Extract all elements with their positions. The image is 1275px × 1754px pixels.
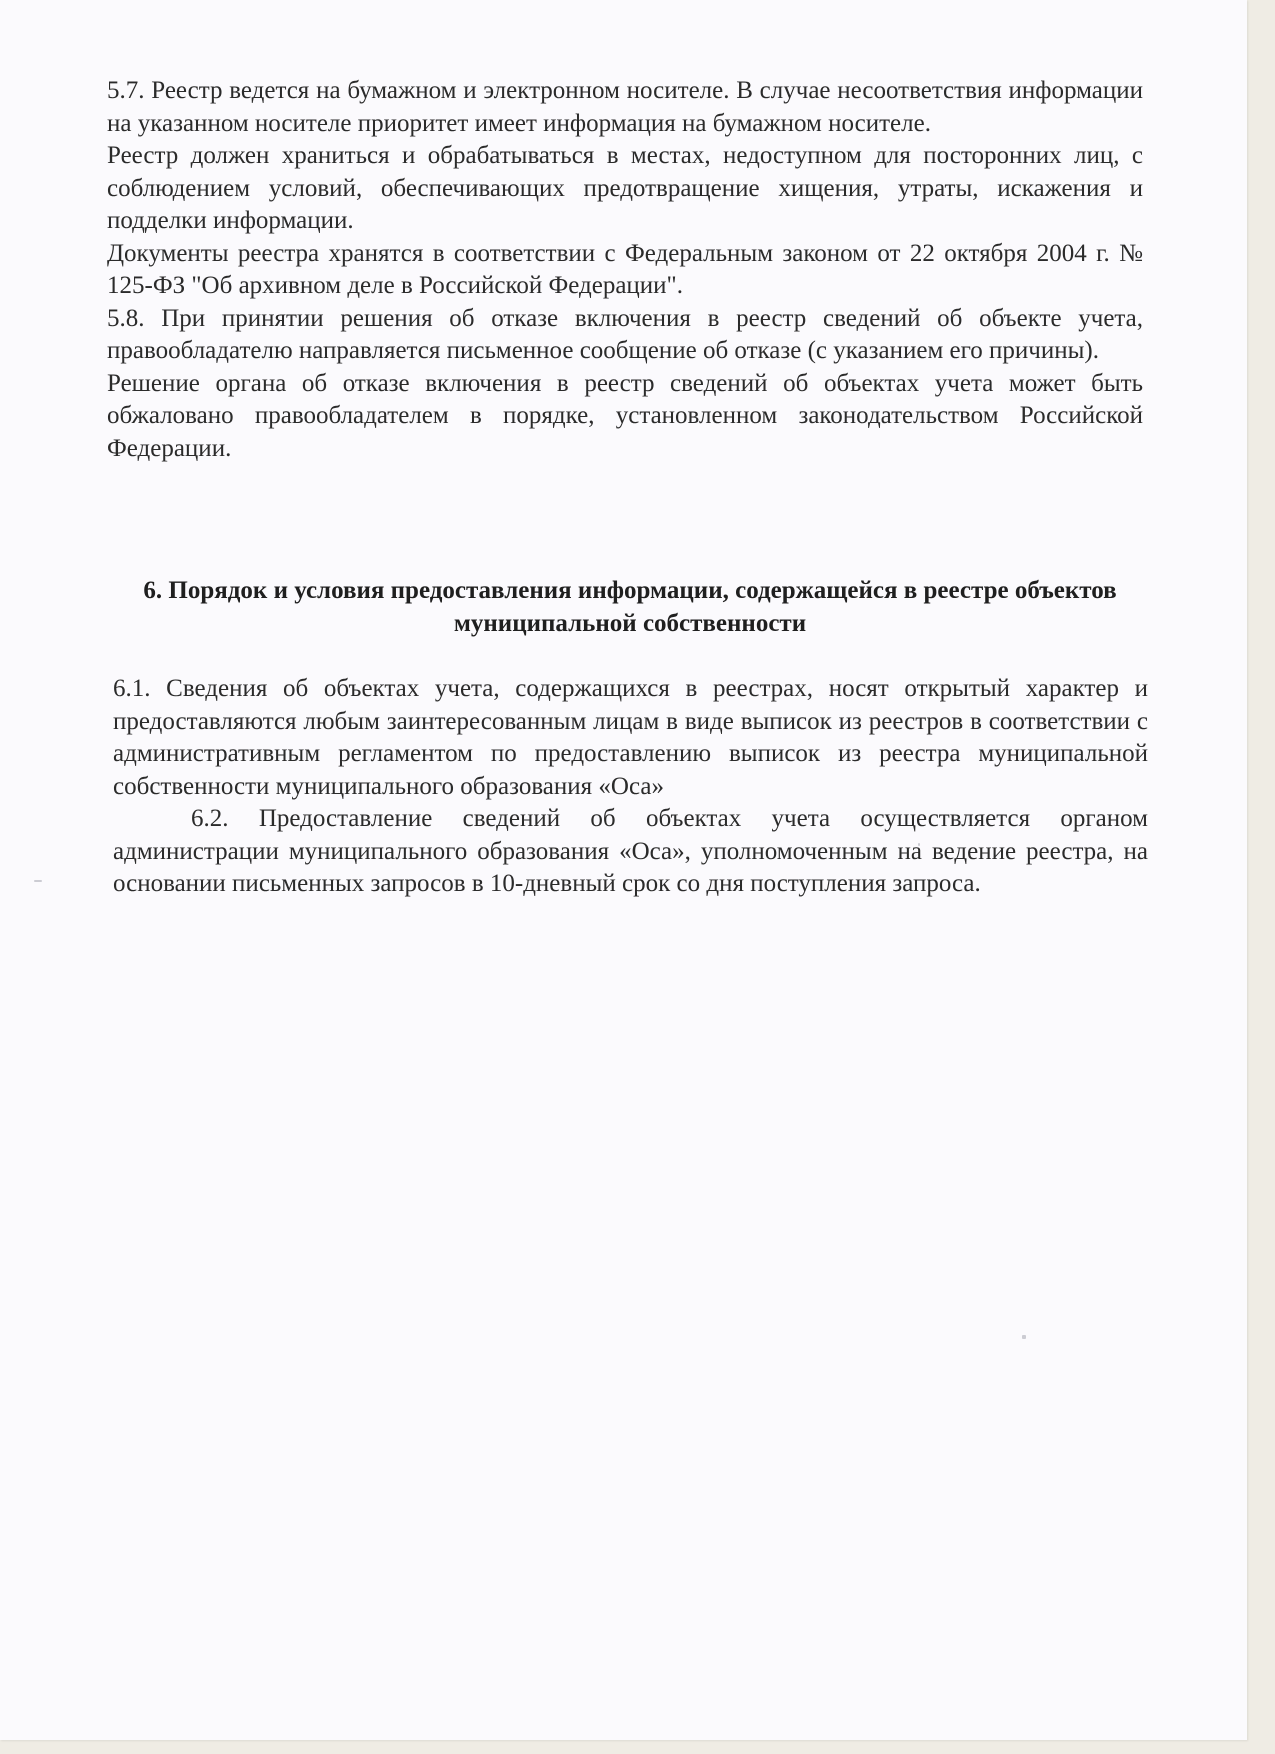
paragraph-6-2: 6.2. Предоставление сведений об объектах… <box>113 803 1148 901</box>
paragraph-archive-law: Документы реестра хранятся в соответстви… <box>107 238 1143 303</box>
scan-speck <box>1022 1335 1026 1339</box>
section-5-body: 5.7. Реестр ведется на бумажном и электр… <box>107 75 1143 465</box>
paragraph-registry-storage: Реестр должен храниться и обрабатываться… <box>107 140 1143 238</box>
paragraph-5-7: 5.7. Реестр ведется на бумажном и электр… <box>107 75 1143 140</box>
paragraph-appeal: Решение органа об отказе включения в рее… <box>107 368 1143 466</box>
scanned-page: 5.7. Реестр ведется на бумажном и электр… <box>0 0 1247 1740</box>
section-6-body: 6.1. Сведения об объектах учета, содержа… <box>113 673 1148 901</box>
section-6-heading: 6. Порядок и условия предоставления инфо… <box>112 574 1148 640</box>
paragraph-5-8: 5.8. При принятии решения об отказе вклю… <box>107 303 1143 368</box>
scan-speck <box>34 880 42 882</box>
paragraph-6-1: 6.1. Сведения об объектах учета, содержа… <box>113 673 1148 803</box>
scan-speck <box>918 843 920 846</box>
